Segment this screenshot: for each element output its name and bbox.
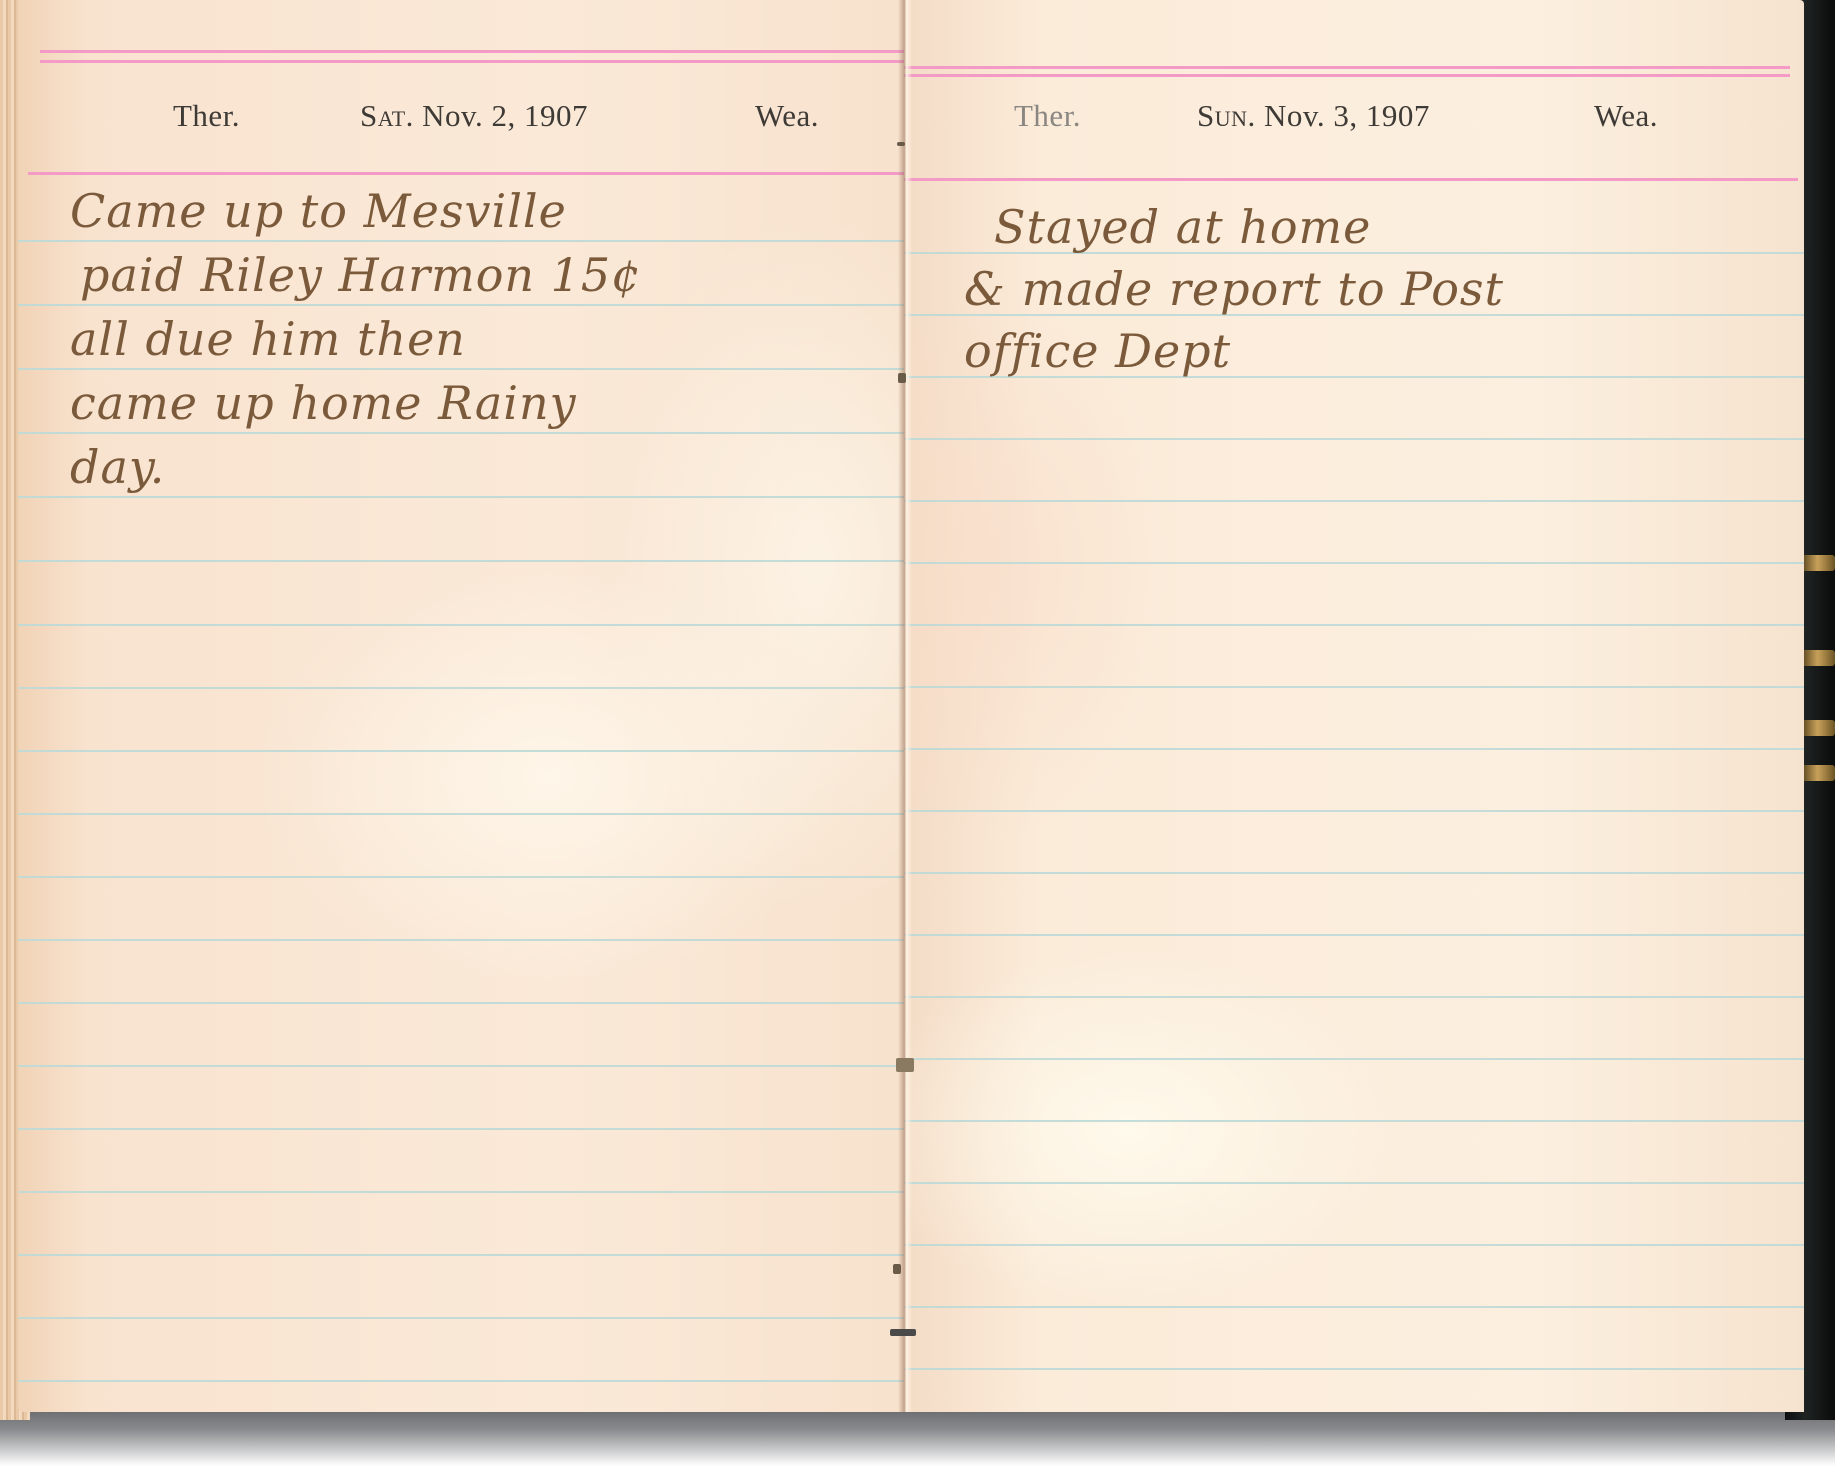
date-text: Nov. 3, 1907	[1264, 98, 1430, 133]
diary-entry-line: office Dept	[964, 320, 1231, 383]
weather-label: Wea.	[1594, 98, 1658, 134]
binding-stitch	[890, 1329, 916, 1336]
thermometer-label: Ther.	[1014, 98, 1081, 134]
diary-entry-line: Came up to Mesville	[70, 180, 567, 243]
spine-gilt-decoration	[1800, 720, 1835, 736]
spine-gilt-decoration	[1800, 650, 1835, 666]
diary-entry-line: came up home Rainy	[70, 372, 577, 435]
book-gutter	[898, 0, 912, 1412]
weather-label: Wea.	[755, 98, 819, 134]
diary-entry-line: paid Riley Harmon 15¢	[80, 244, 641, 307]
header-rule-top	[904, 74, 1790, 77]
left-page: Ther. Sat. Nov. 2, 1907 Wea. Came up to …	[18, 0, 904, 1412]
header-rule-top	[40, 50, 904, 53]
header-rule-top	[40, 60, 904, 63]
diary-entry-line: Stayed at home	[994, 196, 1371, 259]
binding-stitch	[893, 1264, 901, 1274]
day-of-week: Sat.	[360, 98, 414, 133]
header-rule-bottom	[904, 178, 1798, 181]
diary-entry-line: day.	[70, 436, 165, 499]
thermometer-label: Ther.	[173, 98, 240, 134]
binding-stitch	[896, 1058, 914, 1072]
spine-gilt-decoration	[1800, 765, 1835, 781]
binding-stitch	[897, 142, 905, 146]
diary-entry-line: & made report to Post	[964, 258, 1504, 321]
right-page: Ther. Sun. Nov. 3, 1907 Wea. Stayed at h…	[904, 0, 1804, 1412]
date-heading: Sat. Nov. 2, 1907	[360, 98, 588, 134]
day-of-week: Sun.	[1197, 98, 1256, 133]
date-heading: Sun. Nov. 3, 1907	[1197, 98, 1430, 134]
date-text: Nov. 2, 1907	[422, 98, 588, 133]
header-rule-bottom	[28, 172, 904, 175]
header-rule-top	[904, 66, 1790, 69]
spine-gilt-decoration	[1800, 555, 1835, 571]
binding-stitch	[898, 373, 906, 383]
diary-entry-line: all due him then	[70, 308, 466, 371]
